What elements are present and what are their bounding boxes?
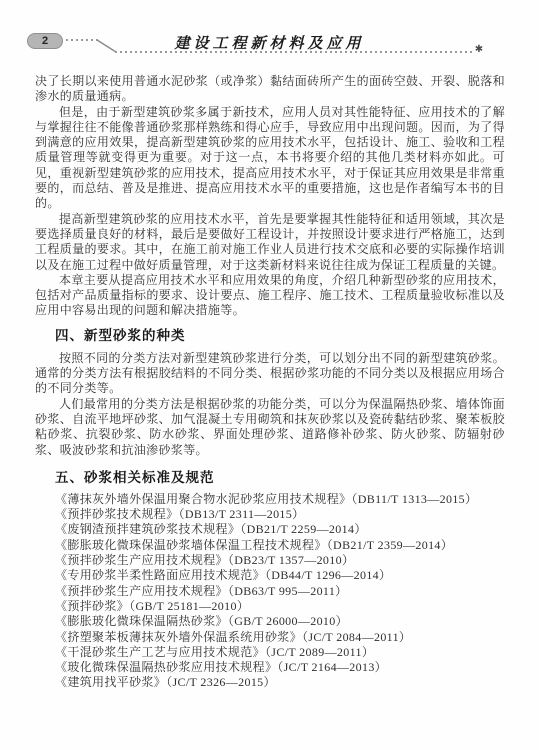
standard-list-item: 《预拌砂浆生产应用技术规程》（DB23/T 1357—2010） [35, 553, 505, 568]
section-heading-4: 四、新型砂浆的种类 [55, 327, 505, 344]
paragraph: 提高新型建筑砂浆的应用技术水平，首先是要掌握其性能特征和适用领域，其次是要选择质… [35, 212, 505, 273]
paragraph: 本章主要从提高应用技术水平和应用效果的角度，介绍几种新型砂浆的应用技术，包括对产… [35, 273, 505, 319]
book-title: 建设工程新材料及应用 [0, 32, 539, 53]
standard-list-item: 《挤塑聚苯板薄抹灰外墙外保温系统用砂浆》（JC/T 2084—2011） [35, 630, 505, 645]
standards-list: 《薄抹灰外墙外保温用聚合物水泥砂浆应用技术规程》（DB11/T 1313—201… [35, 492, 505, 691]
standard-list-item: 《干混砂浆生产工艺与应用技术规范》（JC/T 2089—2011） [35, 645, 505, 660]
book-page: 2 ✱ 建设工程新材料及应用 决了长期以来使用普通水泥砂浆（或净浆）黏结面砖所产… [0, 0, 539, 750]
standard-list-item: 《废钢渣预拌建筑砂浆技术规程》（DB21/T 2259—2014） [35, 522, 505, 537]
paragraph: 人们最常用的分类方法是根据砂浆的功能分类，可以分为保温隔热砂浆、墙体饰面砂浆、自… [35, 397, 505, 458]
standard-list-item: 《膨胀玻化微珠保温隔热砂浆》（GB/T 26000—2010） [35, 614, 505, 629]
standard-list-item: 《建筑用找平砂浆》（JC/T 2326—2015） [35, 675, 505, 690]
page-content: 决了长期以来使用普通水泥砂浆（或净浆）黏结面砖所产生的面砖空鼓、开裂、脱落和渗水… [35, 74, 505, 691]
standard-list-item: 《预拌砂浆技术规程》（DB13/T 2311—2015） [35, 507, 505, 522]
standard-list-item: 《预拌砂浆生产应用技术规程》（DB63/T 995—2011） [35, 584, 505, 599]
standard-list-item: 《预拌砂浆》（GB/T 25181—2010） [35, 599, 505, 614]
standard-list-item: 《玻化微珠保温隔热砂浆应用技术规程》（JC/T 2164—2013） [35, 660, 505, 675]
paragraph: 按照不同的分类方法对新型建筑砂浆进行分类，可以划分出不同的新型建筑砂浆。通常的分… [35, 351, 505, 397]
standard-list-item: 《专用砂浆半柔性路面应用技术规范》（DB44/T 1296—2014） [35, 568, 505, 583]
paragraph: 但是，由于新型建筑砂浆多属于新技术，应用人员对其性能特征、应用技术的了解与掌握往… [35, 105, 505, 212]
paragraph: 决了长期以来使用普通水泥砂浆（或净浆）黏结面砖所产生的面砖空鼓、开裂、脱落和渗水… [35, 74, 505, 105]
standard-list-item: 《薄抹灰外墙外保温用聚合物水泥砂浆应用技术规程》（DB11/T 1313—201… [35, 492, 505, 507]
standard-list-item: 《膨胀玻化微珠保温砂浆墙体保温工程技术规程》（DB21/T 2359—2014） [35, 538, 505, 553]
section-heading-5: 五、砂浆相关标准及规范 [55, 469, 505, 486]
